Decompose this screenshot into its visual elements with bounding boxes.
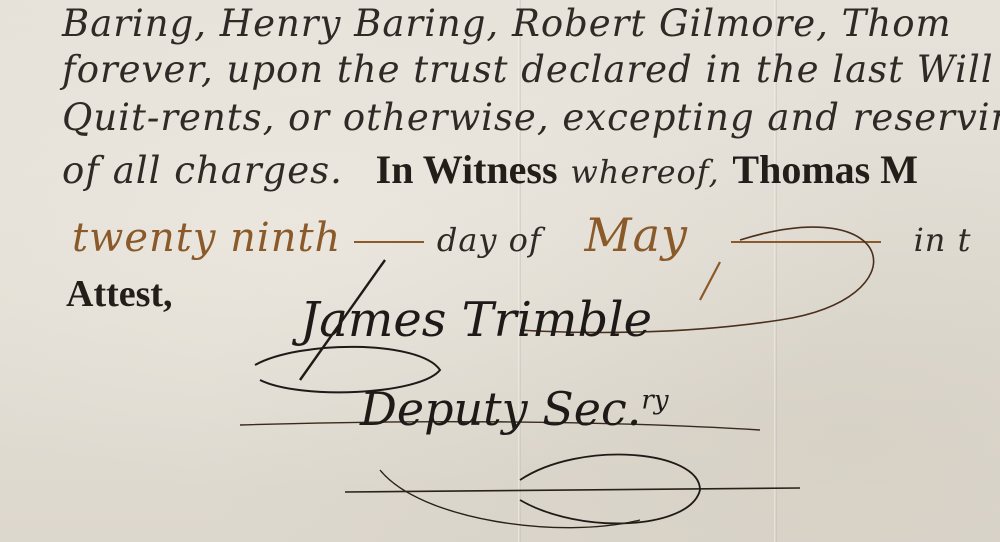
signature-title: Deputy Sec.ry xyxy=(360,382,669,436)
signature-title-text: Deputy Sec. xyxy=(360,382,641,436)
signature-flourishes xyxy=(0,0,1000,542)
signature-name: James Trimble xyxy=(300,292,652,348)
signature-title-suffix: ry xyxy=(641,386,668,416)
